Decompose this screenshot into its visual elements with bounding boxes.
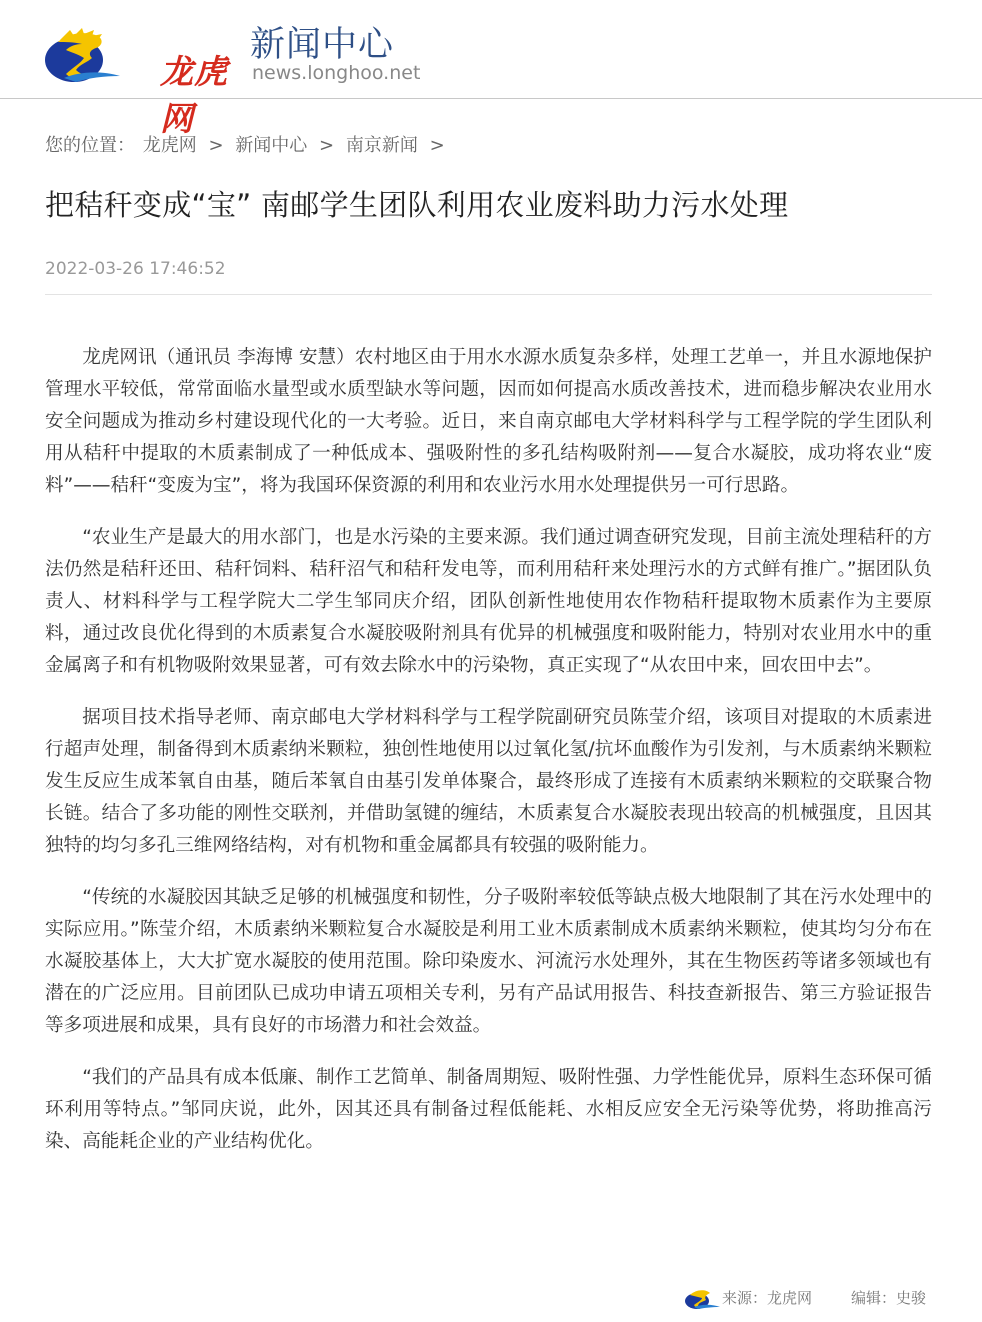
article-editor: 编辑：史骏 bbox=[851, 1287, 926, 1308]
site-domain: news.longhoo.net bbox=[252, 62, 420, 84]
breadcrumb: 您的位置： 龙虎网 > 新闻中心 > 南京新闻 > bbox=[45, 131, 451, 157]
breadcrumb-separator: > bbox=[208, 135, 223, 156]
longhoo-logo[interactable]: 龙虎网 bbox=[44, 24, 239, 84]
breadcrumb-item-nanjing-news[interactable]: 南京新闻 bbox=[346, 135, 418, 156]
title-divider bbox=[45, 294, 932, 295]
article-paragraph: 据项目技术指导老师、南京邮电大学材料科学与工程学院副研究员陈莹介绍，该项目对提取… bbox=[45, 702, 932, 862]
site-header: 龙虎网 新闻中心 news.longhoo.net bbox=[0, 0, 982, 99]
article-paragraph: “我们的产品具有成本低廉、制作工艺简单、制备周期短、吸附性强、力学性能优异，原料… bbox=[45, 1062, 932, 1158]
breadcrumb-item-longhoo[interactable]: 龙虎网 bbox=[143, 135, 197, 156]
longhoo-logo-icon bbox=[684, 1287, 720, 1309]
article-date: 2022-03-26 17:46:52 bbox=[45, 259, 226, 279]
breadcrumb-separator: > bbox=[430, 135, 445, 156]
header-divider bbox=[0, 98, 982, 99]
article-body: 龙虎网讯（通讯员 李海博 安慧）农村地区由于用水水源水质复杂多样，处理工艺单一，… bbox=[45, 342, 932, 1178]
article-source: 来源：龙虎网 bbox=[722, 1287, 812, 1308]
article-paragraph: “传统的水凝胶因其缺乏足够的机械强度和韧性，分子吸附率较低等缺点极大地限制了其在… bbox=[45, 882, 932, 1042]
breadcrumb-separator: > bbox=[319, 135, 334, 156]
breadcrumb-item-news-center[interactable]: 新闻中心 bbox=[235, 135, 307, 156]
breadcrumb-label: 您的位置： bbox=[45, 135, 135, 156]
article-title: 把秸秆变成“宝” 南邮学生团队利用农业废料助力污水处理 bbox=[45, 183, 788, 224]
article-paragraph: “农业生产是最大的用水部门，也是水污染的主要来源。我们通过调查研究发现，目前主流… bbox=[45, 522, 932, 682]
logo-text: 龙虎网 bbox=[160, 46, 239, 140]
site-section-title[interactable]: 新闻中心 bbox=[250, 17, 394, 67]
dragon-logo-icon bbox=[44, 24, 124, 84]
article-paragraph: 龙虎网讯（通讯员 李海博 安慧）农村地区由于用水水源水质复杂多样，处理工艺单一，… bbox=[45, 342, 932, 502]
